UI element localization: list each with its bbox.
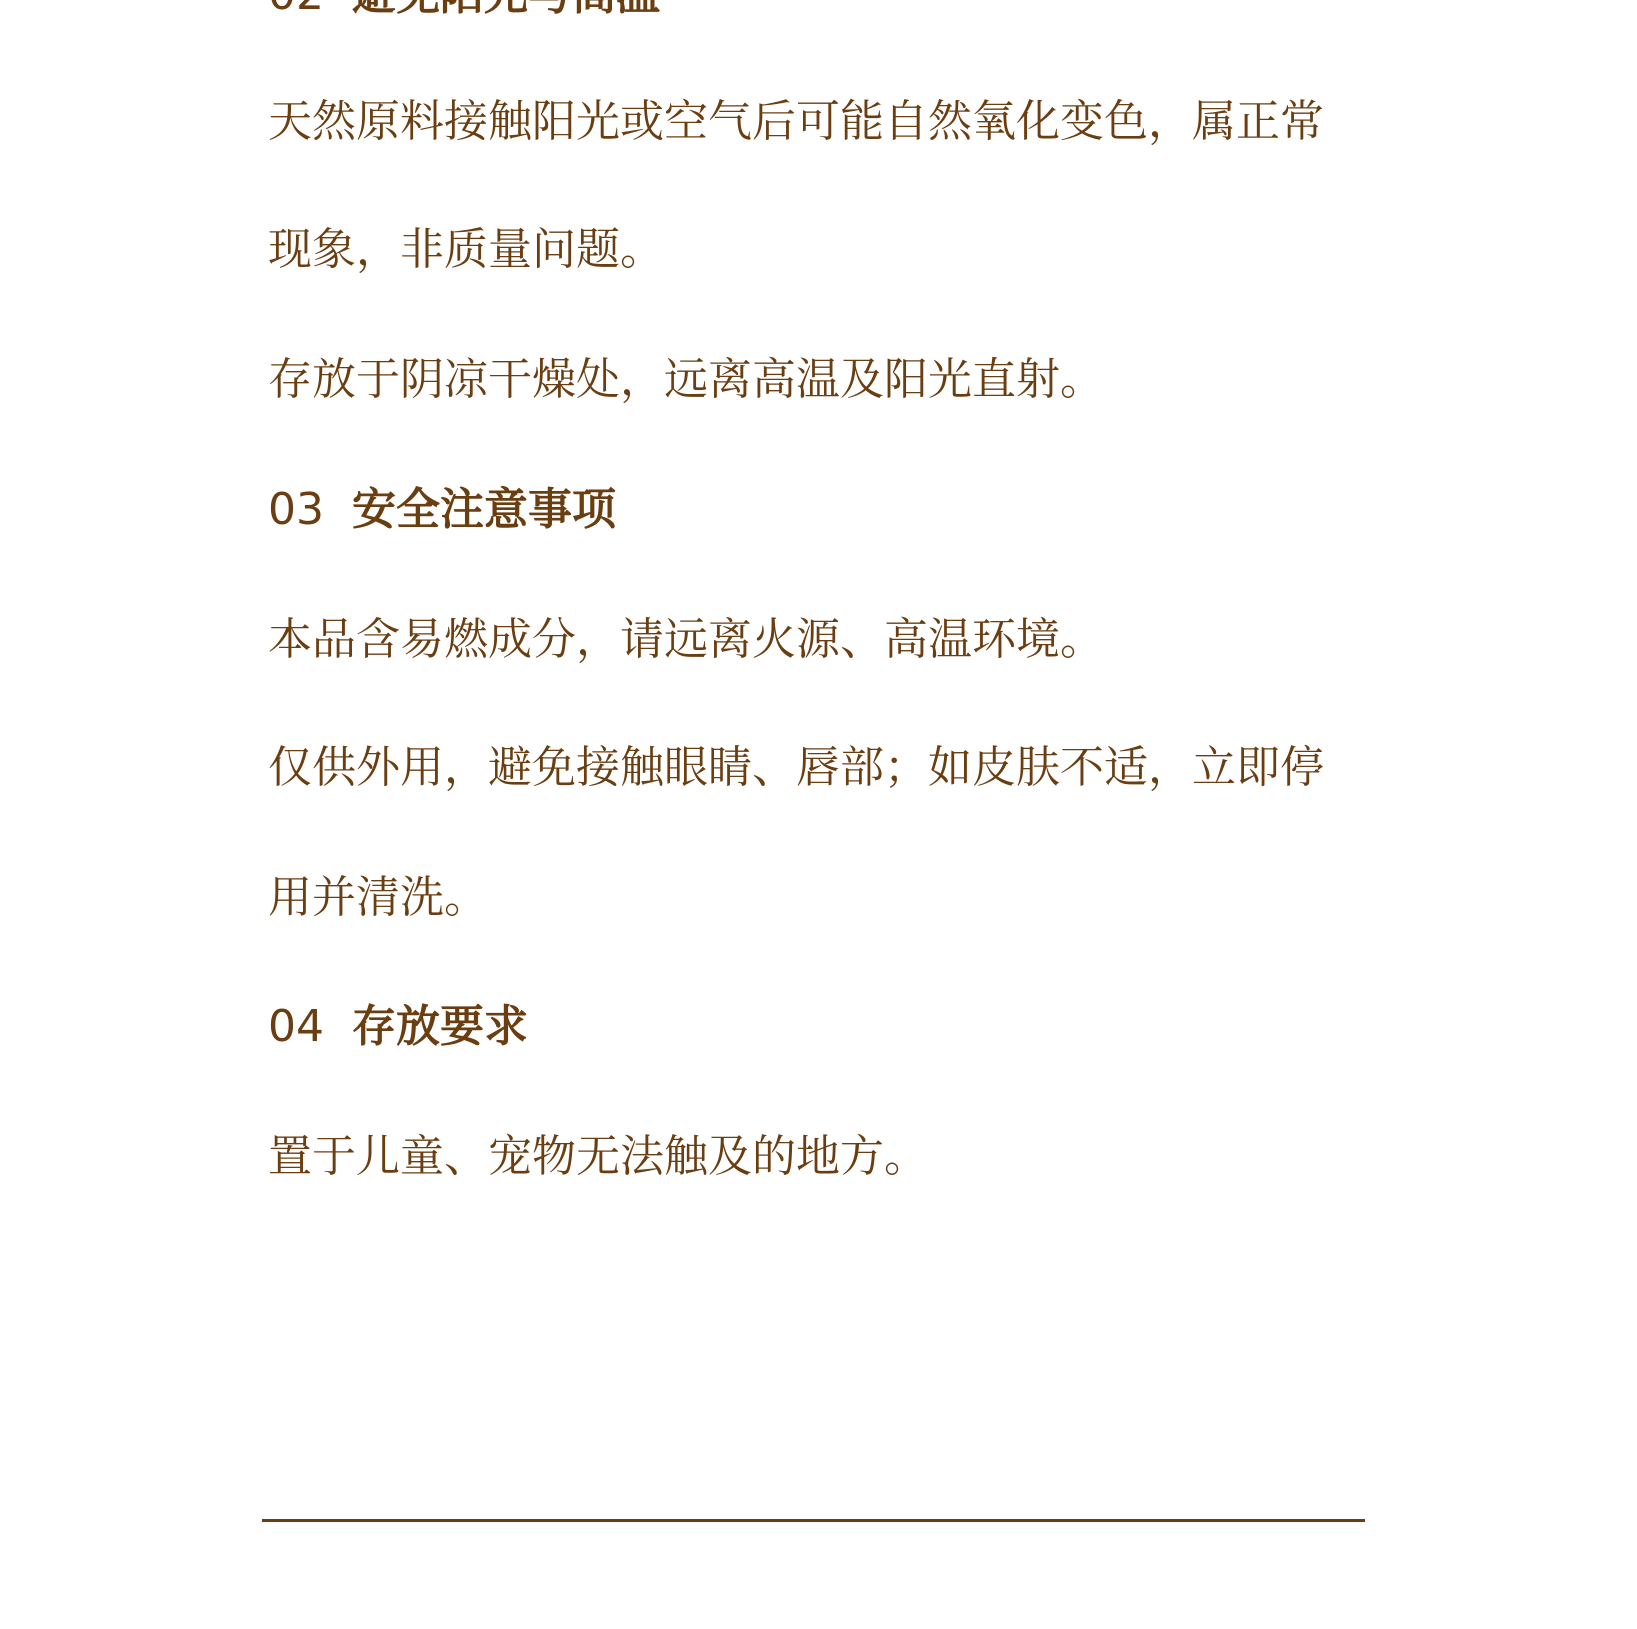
section-04-heading: 04存放要求 xyxy=(268,999,528,1055)
section-title: 存放要求 xyxy=(352,1001,528,1052)
divider xyxy=(262,1519,1365,1522)
section-02-line-2: 现象，非质量问题。 xyxy=(268,222,664,278)
section-number: 02 xyxy=(268,0,352,23)
section-03-line-2: 仅供外用，避免接触眼睛、唇部；如皮肤不适，立即停 xyxy=(268,740,1324,796)
section-02-heading: 02避免阳光与高温 xyxy=(268,0,660,23)
section-number: 03 xyxy=(268,482,352,538)
section-04-line-1: 置于儿童、宠物无法触及的地方。 xyxy=(268,1129,928,1185)
section-02-line-1: 天然原料接触阳光或空气后可能自然氧化变色，属正常 xyxy=(268,94,1324,150)
section-03-line-3: 用并清洗。 xyxy=(268,870,488,926)
section-03-line-1: 本品含易燃成分，请远离火源、高温环境。 xyxy=(268,612,1104,668)
section-number: 04 xyxy=(268,999,352,1055)
section-title: 安全注意事项 xyxy=(352,484,616,535)
section-title: 避免阳光与高温 xyxy=(352,0,660,20)
section-03-heading: 03安全注意事项 xyxy=(268,482,616,538)
section-02-line-3: 存放于阴凉干燥处，远离高温及阳光直射。 xyxy=(268,352,1104,408)
